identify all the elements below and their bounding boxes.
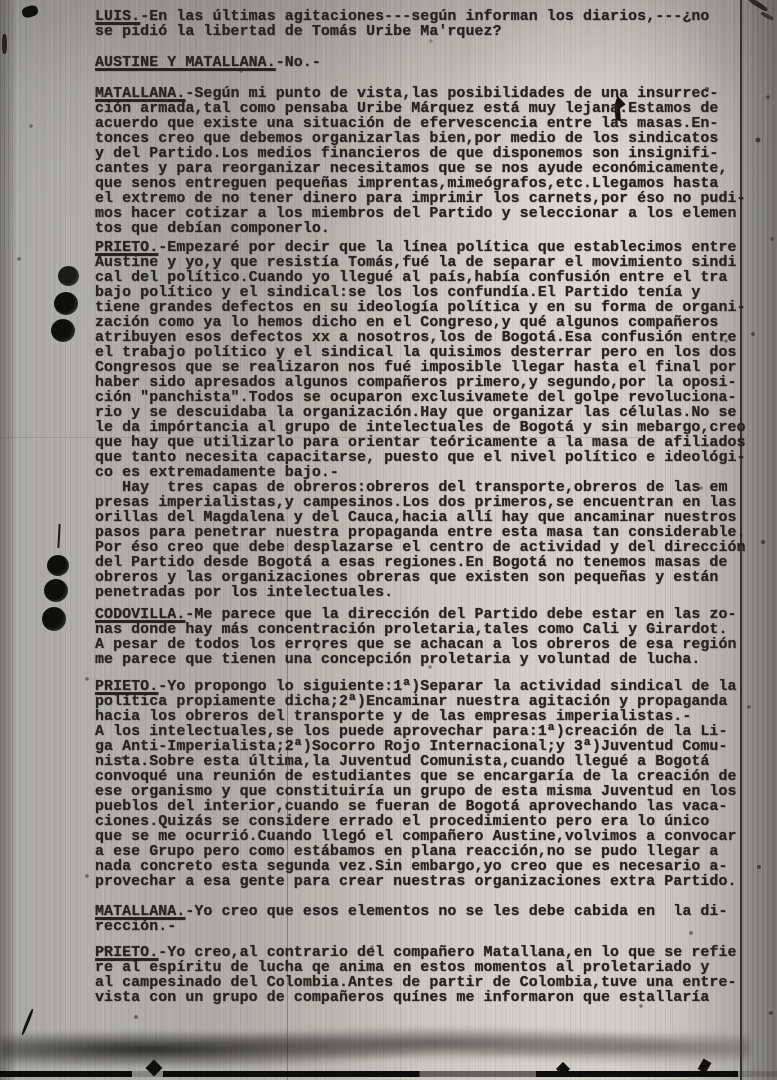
punch-hole xyxy=(51,319,75,342)
corner-ink-mark xyxy=(21,4,39,19)
dialogue-paragraph-matallana: MATALLANA.-Según mi punto de vista,las p… xyxy=(95,87,761,237)
dialogue-paragraph-prieto-3: PRIETO.-Yo creo,al contrario del compañe… xyxy=(95,946,761,1006)
scanned-page-background: LUIS.-En las últimas agitaciones---según… xyxy=(0,0,777,1080)
dust-specks xyxy=(0,0,2,2)
speaker-name: PRIETO. xyxy=(95,679,158,695)
dialogue-paragraph-austine-matallana: AUSTINE Y MATALLANA.-No.- xyxy=(95,56,761,71)
speaker-name: MATALLANA. xyxy=(95,904,185,920)
paragraph-text: -No.- xyxy=(276,55,321,71)
speaker-name: PRIETO. xyxy=(95,240,158,256)
punch-hole xyxy=(42,607,66,631)
punch-hole xyxy=(44,579,68,602)
ink-stroke-mark xyxy=(57,524,60,548)
punch-hole xyxy=(54,292,78,315)
dialogue-paragraph-matallana-2: MATALLANA.-Yo creo que esos elementos no… xyxy=(95,905,761,935)
speaker-name: CODOVILLA. xyxy=(95,607,185,623)
paragraph-text: -Empezaré por decir que la línea polític… xyxy=(95,240,746,601)
paragraph-text: -Yo creo,al contrario del compañero Mata… xyxy=(95,945,737,1006)
paragraph-text: -Yo propongo lo siguiente:1ª)Separar la … xyxy=(95,679,737,890)
speaker-name: PRIETO. xyxy=(95,945,158,961)
corner-ink-mark xyxy=(2,34,7,54)
paragraph-text: -Me parece que la dirección del Partido … xyxy=(95,607,737,668)
punch-hole xyxy=(47,555,69,576)
paragraph-text: -Según mi punto de vista,las posibilidad… xyxy=(95,86,746,237)
bottom-scan-smudge xyxy=(0,1024,750,1070)
dialogue-paragraph-prieto-2: PRIETO.-Yo propongo lo siguiente:1ª)Sepa… xyxy=(95,680,761,890)
speaker-name: AUSTINE Y MATALLANA. xyxy=(95,55,276,71)
paragraph-text: -Yo creo que esos elementos no se les de… xyxy=(95,904,728,935)
paragraph-text: -En las últimas agitaciones---según info… xyxy=(95,9,709,40)
speaker-name: LUIS. xyxy=(95,9,140,25)
bottom-page-edge xyxy=(0,1071,777,1077)
dialogue-paragraph-codovilla: CODOVILLA.-Me parece que la dirección de… xyxy=(95,608,761,668)
speaker-name: MATALLANA. xyxy=(95,86,185,102)
dialogue-paragraph-prieto: PRIETO.-Empezaré por decir que la línea … xyxy=(95,241,761,601)
dialogue-paragraph-luis: LUIS.-En las últimas agitaciones---según… xyxy=(95,10,761,40)
punch-hole xyxy=(58,266,79,286)
left-scan-edge xyxy=(0,0,16,1080)
